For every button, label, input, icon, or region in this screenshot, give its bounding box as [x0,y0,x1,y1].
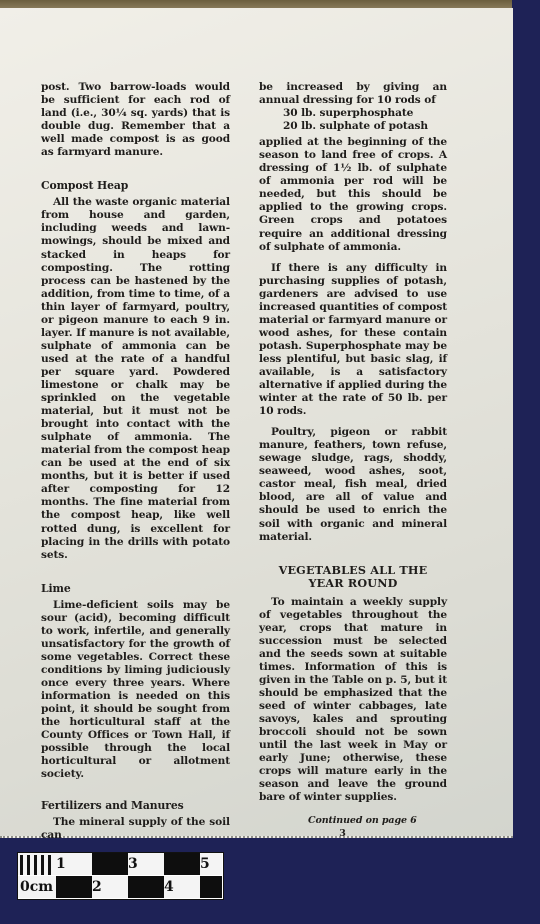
scale-unit-label: 0cm [18,876,56,898]
scale-label-4: 4 [164,876,200,898]
page-footer: Continued on page 6 3 [259,814,447,840]
scale-bar: 1 3 5 0cm 2 4 [17,852,224,900]
after-formula-paragraph: applied at the beginning of the season t… [259,136,447,253]
scale-block [128,876,164,898]
formula-line-1: 30 lb. superphosphate [259,107,447,120]
right-intro-paragraph: be increased by giving an annual dressin… [259,81,447,107]
scale-label-5: 5 [200,853,222,875]
heading-lime: Lime [41,582,230,595]
page-number: 3 [339,828,346,839]
fertilizers-paragraph: The mineral supply of the soil can [41,816,230,842]
right-column: be increased by giving an annual dressin… [259,81,447,840]
scale-label-1: 1 [56,853,92,875]
lime-paragraph: Lime-deficient soils may be sour (acid),… [41,599,230,782]
continued-note: Continued on page 6 [308,815,417,826]
heading-fertilizers: Fertilizers and Manures [41,799,230,812]
scale-label-3: 3 [128,853,164,875]
document-page: post. Two barrow-loads would be sufficie… [0,8,513,838]
scale-ticks [18,853,56,875]
scale-block [92,853,128,875]
heading-compost-heap: Compost Heap [41,179,230,192]
section-heading-line-1: VEGETABLES ALL THE [259,564,447,577]
scale-block [56,876,92,898]
scale-label-2: 2 [92,876,128,898]
scale-block [200,876,222,898]
left-column: post. Two barrow-loads would be sufficie… [41,81,230,842]
left-intro-paragraph: post. Two barrow-loads would be sufficie… [41,81,230,159]
poultry-paragraph: Poultry, pigeon or rabbit manure, feathe… [259,426,447,543]
vegetables-paragraph: To maintain a weekly supply of vegetable… [259,596,447,805]
potash-paragraph: If there is any difficulty in purchasing… [259,262,447,419]
scale-block [164,853,200,875]
formula-line-2: 20 lb. sulphate of potash [259,120,447,133]
section-heading-line-2: YEAR ROUND [259,577,447,590]
compost-heap-paragraph: All the waste organic material from hous… [41,196,230,561]
